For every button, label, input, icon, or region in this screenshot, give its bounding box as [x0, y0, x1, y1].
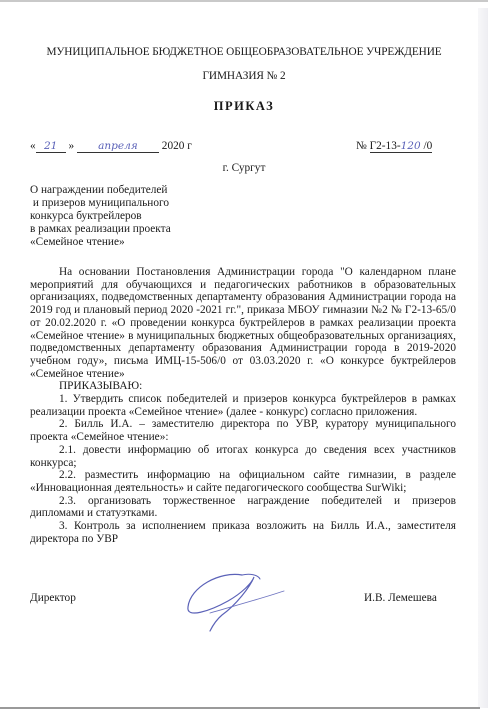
city: г. Сургут: [0, 162, 488, 174]
number-value: Г2-13-120 /0: [370, 140, 433, 153]
clause-2-1: 2.1. довести информацию об итогах конкур…: [30, 444, 456, 469]
number-handwritten: 120: [401, 140, 421, 152]
clause-2: 2. Билль И.А. – заместителю директора по…: [30, 418, 456, 443]
subject-line: «Семейное чтение»: [30, 236, 171, 249]
date-close-quote: »: [68, 140, 74, 152]
preamble-paragraph: На основании Постановления Администрации…: [30, 266, 456, 380]
clause-2-2: 2.2. разместить информацию на официально…: [30, 469, 456, 494]
date-day: 21: [36, 140, 66, 153]
signatory-name: И.В. Лемешева: [364, 592, 437, 604]
clause-1: 1. Утвердить список победителей и призер…: [30, 393, 456, 418]
order-body: На основании Постановления Администрации…: [30, 266, 456, 545]
handwritten-signature-icon: [180, 565, 290, 633]
date-month: апреля: [77, 140, 159, 153]
number-suffix: /0: [424, 140, 433, 152]
order-directive: ПРИКАЗЫВАЮ:: [30, 380, 456, 393]
order-subject: О награждении победителей и призеров мун…: [30, 184, 171, 249]
organization-name: МУНИЦИПАЛЬНОЕ БЮДЖЕТНОЕ ОБЩЕОБРАЗОВАТЕЛЬ…: [0, 46, 488, 58]
subject-line: в рамках реализации проекта: [30, 223, 171, 236]
number-prefix: №: [356, 140, 367, 152]
order-date: «21 » апреля 2020 г: [30, 140, 192, 153]
subject-line: конкурса буктрейлеров: [30, 210, 171, 223]
clause-3: 3. Контроль за исполнением приказа возло…: [30, 520, 456, 545]
subject-line: О награждении победителей: [30, 184, 171, 197]
clause-2-3: 2.3. организовать торжественное награжде…: [30, 495, 456, 520]
document-title: ПРИКАЗ: [0, 99, 488, 114]
subject-line: и призеров муниципального: [30, 197, 171, 210]
date-year: 2020 г: [162, 140, 192, 152]
organization-subname: ГИМНАЗИЯ № 2: [0, 70, 488, 82]
document-page: МУНИЦИПАЛЬНОЕ БЮДЖЕТНОЕ ОБЩЕОБРАЗОВАТЕЛЬ…: [0, 0, 488, 712]
number-printed: Г2-13-: [370, 140, 401, 152]
signatory-position: Директор: [30, 592, 76, 604]
order-number: № Г2-13-120 /0: [356, 140, 432, 153]
